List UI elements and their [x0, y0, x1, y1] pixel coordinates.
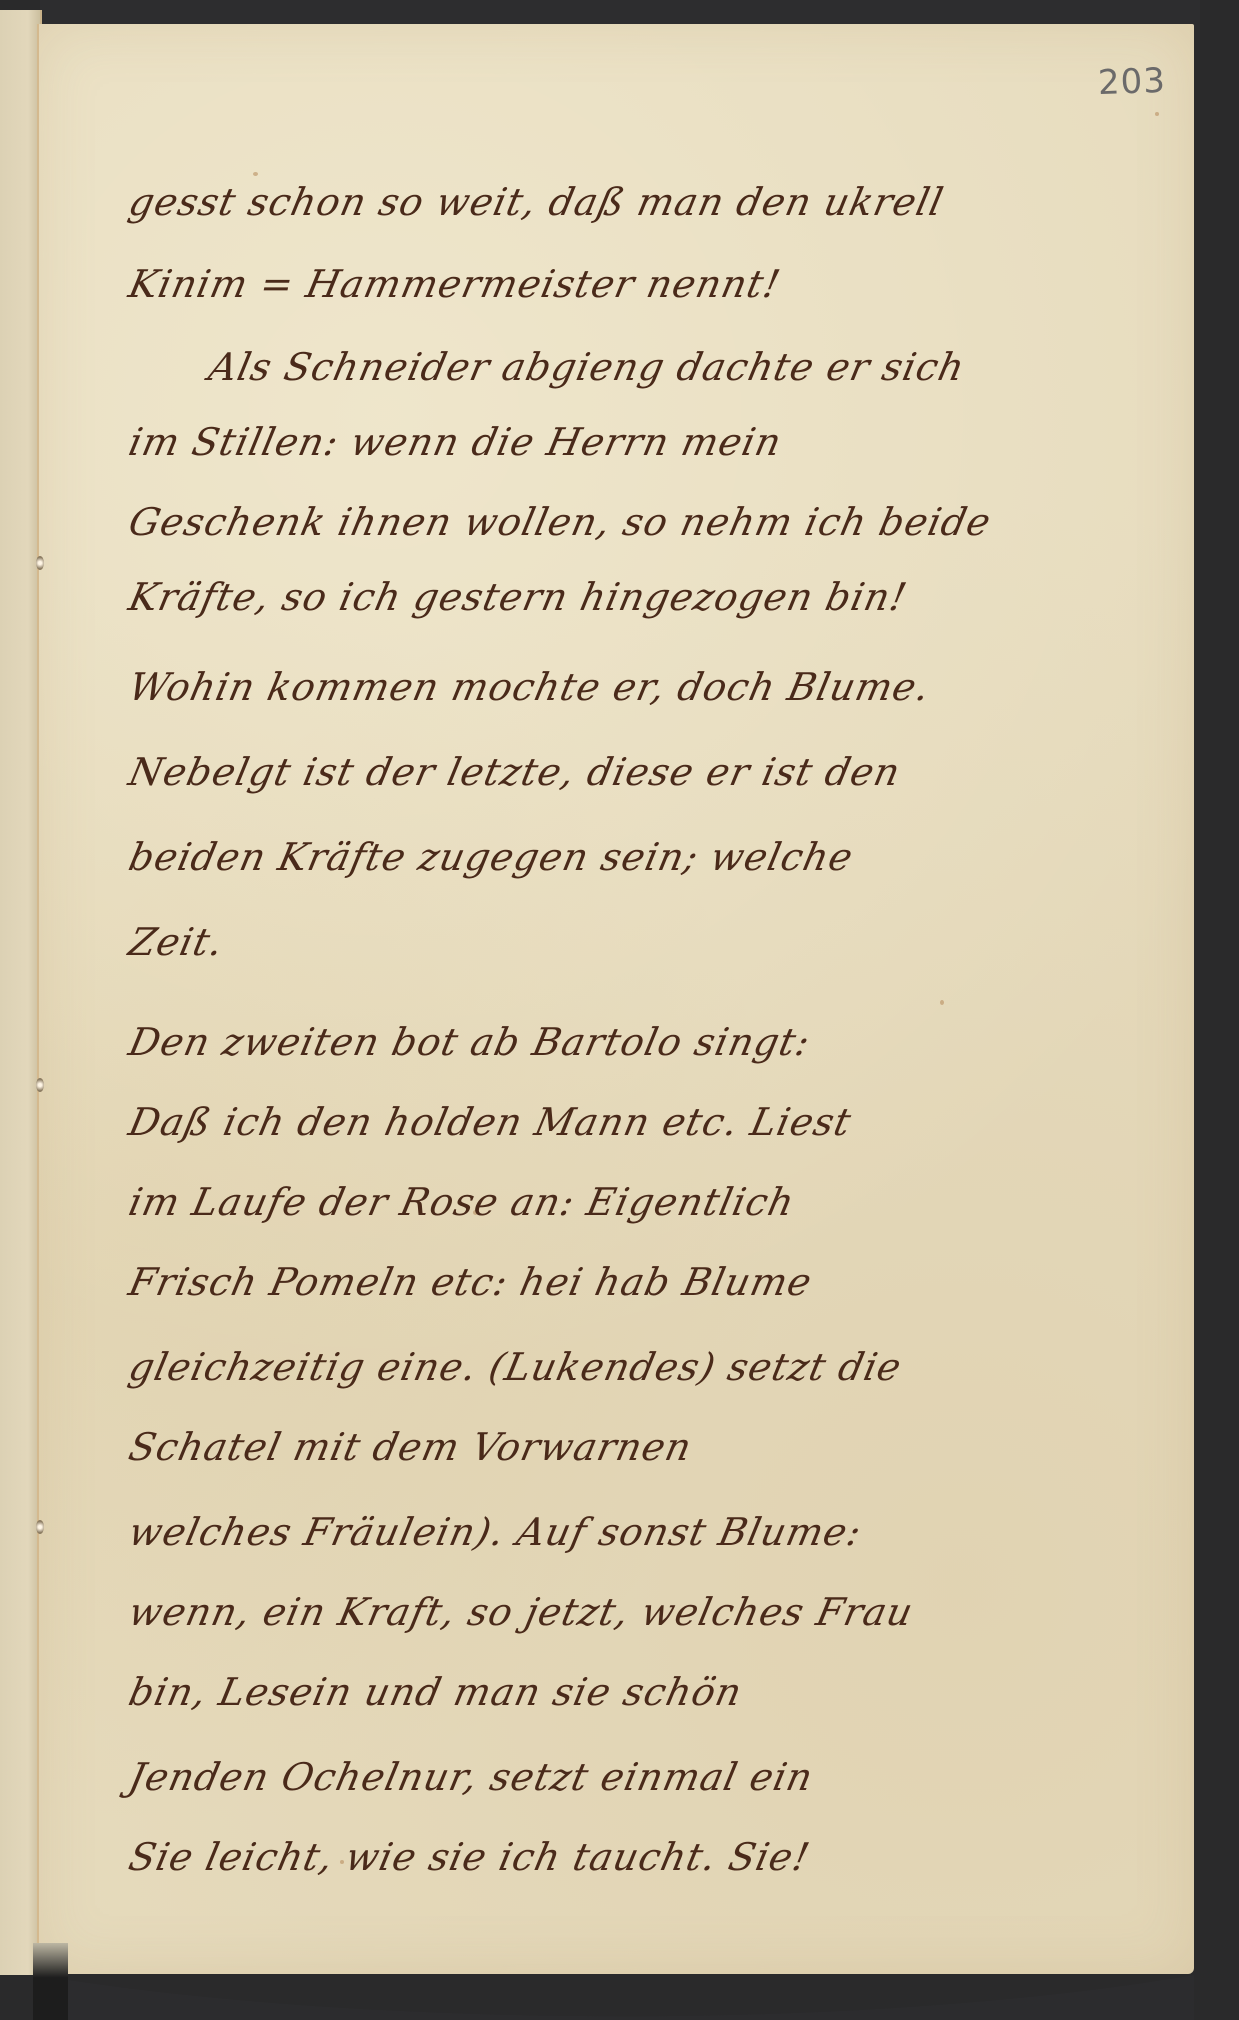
- handwritten-line: Sie leicht, wie sie ich taucht. Sie!: [125, 1835, 814, 1879]
- paper-speck: [1155, 112, 1159, 116]
- handwritten-line: Geschenk ihnen wollen, so nehm ich beide: [125, 500, 995, 544]
- handwritten-line: Frisch Pomeln etc: hei hab Blume: [125, 1260, 816, 1304]
- handwritten-line: Wohin kommen mochte er, doch Blume.: [125, 665, 934, 709]
- handwritten-line: gesst schon so weit, daß man den ukrell: [125, 180, 948, 224]
- binding-hole-icon: [36, 1078, 44, 1092]
- handwritten-line: wenn, ein Kraft, so jetzt, welches Frau: [125, 1590, 917, 1634]
- handwritten-line: Den zweiten bot ab Bartolo singt:: [125, 1020, 815, 1064]
- handwritten-line: bin, Lesein und man sie schön: [125, 1670, 746, 1714]
- previous-page-edge: [0, 10, 42, 1975]
- handwritten-line: beiden Kräfte zugegen sein; welche: [125, 835, 857, 879]
- binding-tab: [33, 1943, 68, 2020]
- handwritten-line: Schatel mit dem Vorwarnen: [125, 1425, 696, 1469]
- handwritten-line: im Stillen: wenn die Herrn mein: [125, 420, 786, 464]
- handwritten-line: Als Schneider abgieng dachte er sich: [205, 345, 969, 389]
- binding-hole-icon: [36, 1520, 44, 1534]
- handwritten-line: Daß ich den holden Mann etc. Liest: [125, 1100, 856, 1144]
- handwritten-line: Zeit.: [125, 920, 228, 964]
- page-fold-line: [37, 24, 39, 1974]
- paper-speck: [253, 172, 258, 176]
- handwritten-line: im Laufe der Rose an: Eigentlich: [125, 1180, 799, 1224]
- handwritten-line: gleichzeitig eine. (Lukendes) setzt die: [125, 1345, 906, 1389]
- folio-number: 203: [1097, 61, 1166, 103]
- binding-hole-icon: [36, 556, 44, 570]
- handwritten-line: Kinim = Hammermeister nennt!: [125, 262, 785, 306]
- paper-speck: [940, 1000, 944, 1005]
- handwritten-line: Nebelgt ist der letzte, diese er ist den: [125, 750, 905, 794]
- handwritten-line: welches Fräulein). Auf sonst Blume:: [125, 1510, 866, 1554]
- handwritten-line: Kräfte, so ich gestern hingezogen bin!: [125, 575, 911, 619]
- handwritten-line: Jenden Ochelnur, setzt einmal ein: [125, 1755, 817, 1799]
